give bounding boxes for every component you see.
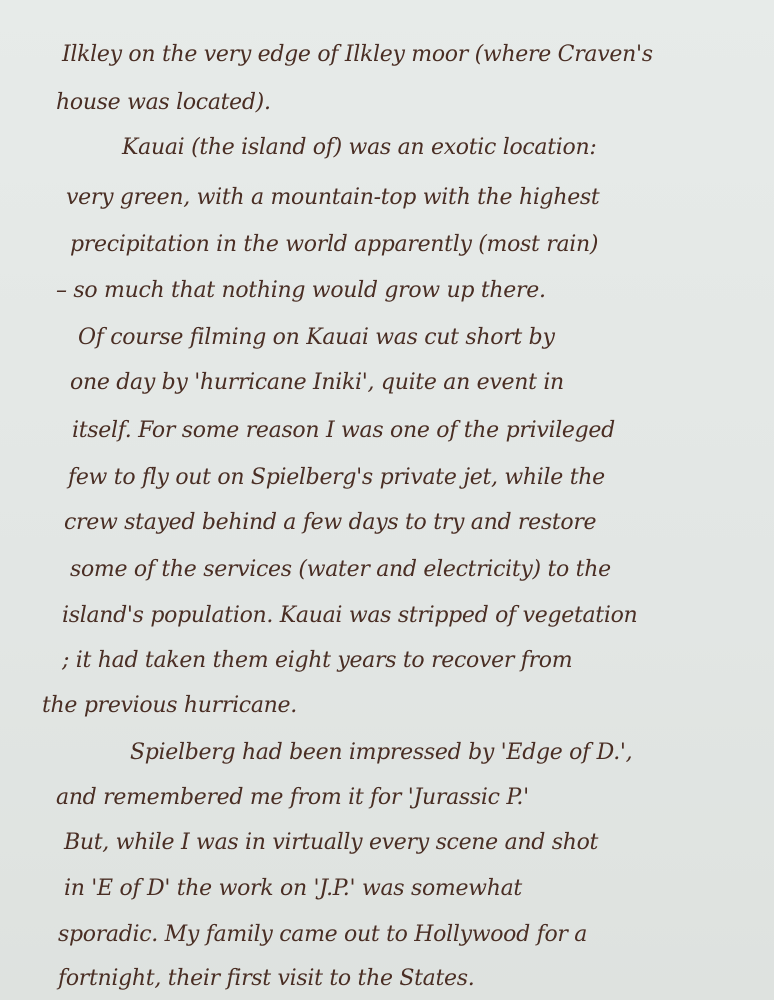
letter-line-8: one day by 'hurricane Iniki', quite an e…	[70, 370, 564, 395]
letter-line-17: and remembered me from it for 'Jurassic …	[56, 785, 529, 810]
letter-line-21: fortnight, their first visit to the Stat…	[58, 966, 474, 991]
letter-line-12: some of the services (water and electric…	[70, 557, 611, 582]
letter-line-16: Spielberg had been impressed by 'Edge of…	[130, 740, 632, 765]
letter-line-19: in 'E of D' the work on 'J.P.' was somew…	[64, 876, 522, 901]
letter-line-9: itself. For some reason I was one of the…	[72, 418, 615, 443]
letter-page: Ilkley on the very edge of Ilkley moor (…	[0, 0, 774, 1000]
letter-line-4: very green, with a mountain-top with the…	[66, 185, 599, 210]
letter-line-3: Kauai (the island of) was an exotic loca…	[122, 135, 596, 160]
letter-line-20: sporadic. My family came out to Hollywoo…	[58, 922, 587, 947]
letter-line-2: house was located).	[56, 90, 271, 115]
letter-line-7: Of course filming on Kauai was cut short…	[78, 325, 555, 350]
letter-line-11: crew stayed behind a few days to try and…	[64, 510, 596, 535]
letter-line-13: island's population. Kauai was stripped …	[62, 603, 637, 628]
letter-line-6: – so much that nothing would grow up the…	[56, 278, 546, 303]
letter-line-15: the previous hurricane.	[42, 693, 297, 718]
letter-line-14: ; it had taken them eight years to recov…	[62, 648, 572, 673]
letter-line-1: Ilkley on the very edge of Ilkley moor (…	[62, 42, 653, 67]
letter-line-18: But, while I was in virtually every scen…	[64, 830, 598, 855]
letter-line-5: precipitation in the world apparently (m…	[70, 232, 598, 257]
letter-line-10: few to fly out on Spielberg's private je…	[68, 465, 605, 490]
